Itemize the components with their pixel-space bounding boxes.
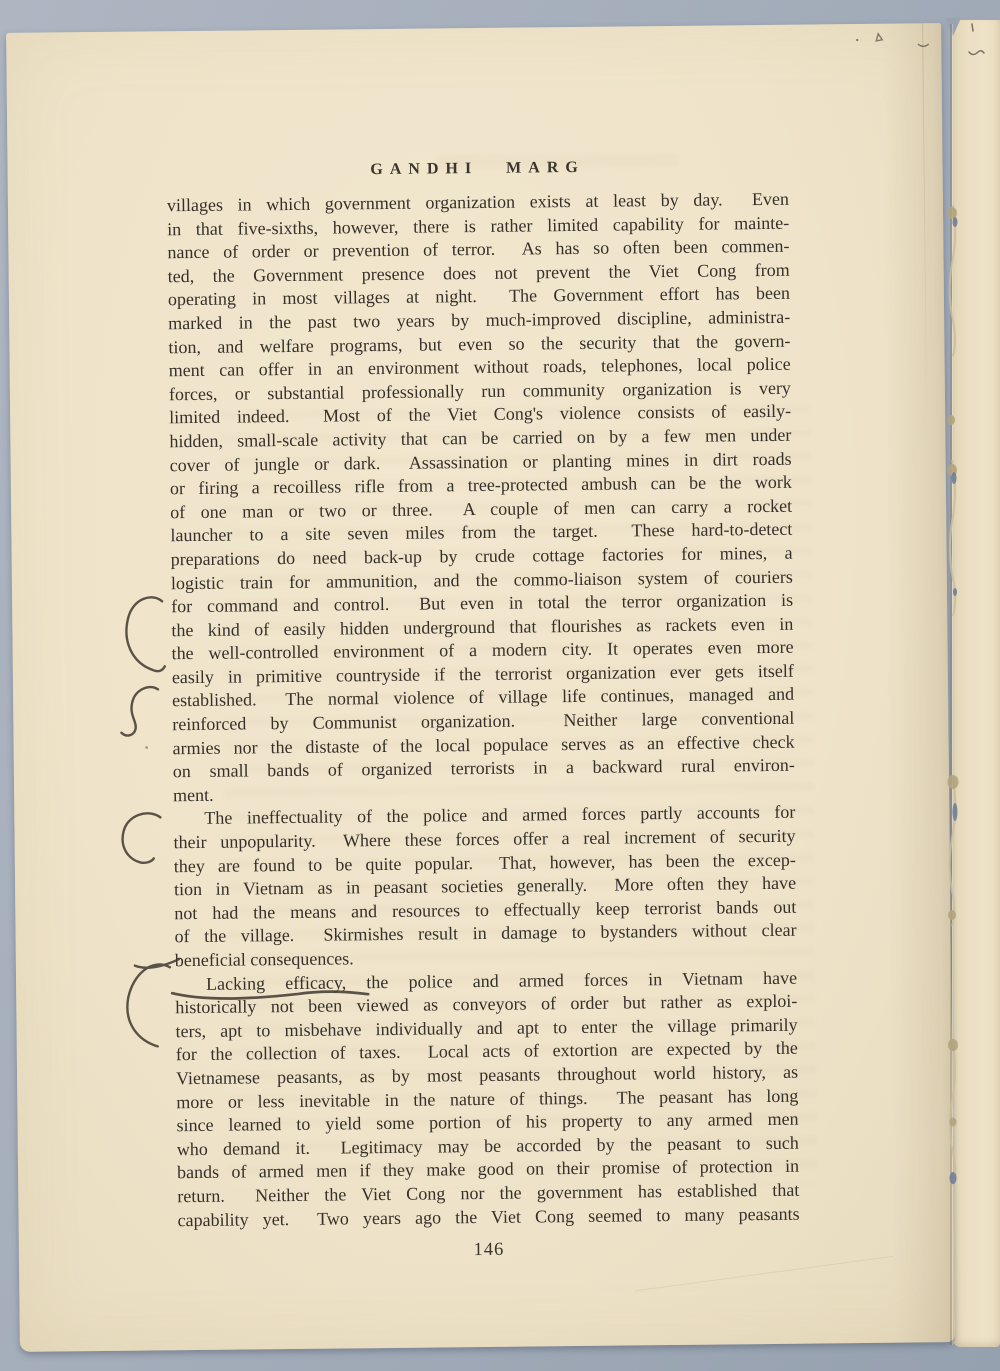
running-head: GANDHI MARG: [166, 157, 788, 182]
margin-bracket-icon: [122, 813, 160, 863]
margin-bracket-icon: [127, 964, 171, 1046]
ink-mark: [876, 34, 882, 41]
margin-tick-icon: [135, 959, 179, 968]
paper-crease: [922, 23, 927, 443]
book-page: GANDHI MARG villages in which government…: [6, 23, 955, 1352]
pencil-dot: [145, 746, 148, 749]
page-number: 146: [178, 1237, 800, 1265]
underlined-phrase: Lacking efficacy,: [206, 972, 346, 993]
binding-fold-shade: [881, 23, 955, 1343]
margin-bracket-icon: [121, 687, 159, 736]
paragraph: The ineffectuality of the police and arm…: [173, 801, 797, 973]
next-page-edge: [952, 20, 1000, 1347]
paragraph: Lacking efficacy, the police and armed f…: [175, 966, 800, 1232]
ink-speck: [856, 39, 858, 41]
scan-background: GANDHI MARG villages in which government…: [0, 0, 1000, 1371]
margin-bracket-icon: [126, 597, 165, 671]
paragraph: villages in which government organizatio…: [167, 188, 795, 808]
body-text: villages in which government organizatio…: [167, 188, 800, 1233]
paper-crease: [635, 1256, 893, 1291]
